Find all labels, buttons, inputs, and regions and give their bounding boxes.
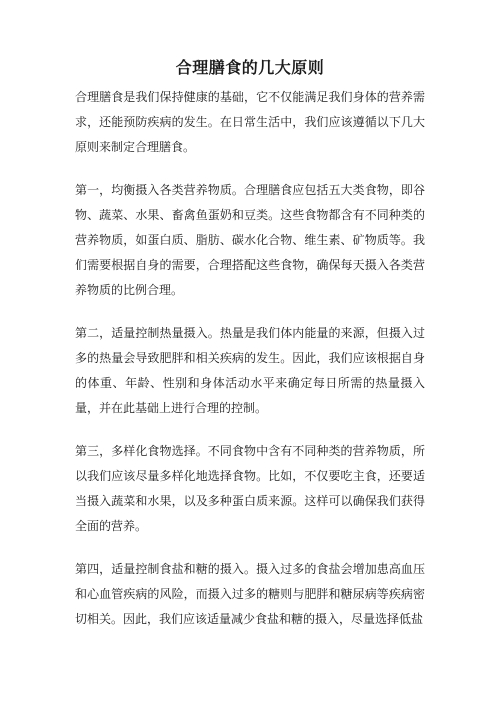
paragraph: 第三，多样化食物选择。不同食物中含有不同种类的营养物质，所以我们应该尽量多样化地… bbox=[75, 439, 425, 539]
document-title: 合理膳食的几大原则 bbox=[75, 57, 425, 81]
paragraph: 合理膳食是我们保持健康的基础，它不仅能满足我们身体的营养需求，还能预防疾病的发生… bbox=[75, 85, 425, 160]
document-body: 合理膳食是我们保持健康的基础，它不仅能满足我们身体的营养需求，还能预防疾病的发生… bbox=[75, 85, 425, 632]
paragraph: 第一，均衡摄入各类营养物质。合理膳食应包括五大类食物，即谷物、蔬菜、水果、畜禽鱼… bbox=[75, 178, 425, 303]
document-page: 合理膳食的几大原则 合理膳食是我们保持健康的基础，它不仅能满足我们身体的营养需求… bbox=[0, 0, 496, 702]
paragraph: 第四，适量控制食盐和糖的摄入。摄入过多的食盐会增加患高血压和心血管疾病的风险，而… bbox=[75, 557, 425, 632]
paragraph: 第二，适量控制热量摄入。热量是我们体内能量的来源，但摄入过多的热量会导致肥胖和相… bbox=[75, 321, 425, 421]
